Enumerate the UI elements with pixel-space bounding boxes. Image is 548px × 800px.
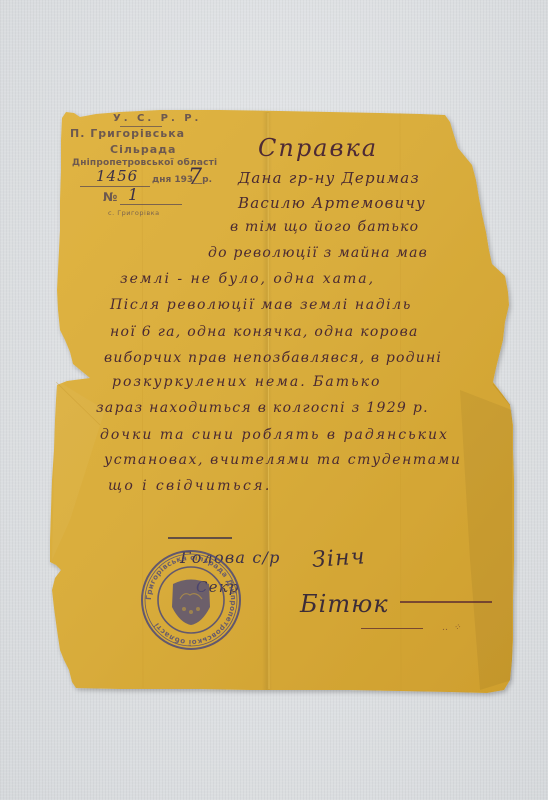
signature-underline — [361, 628, 423, 629]
signature-block: Голова с/р Зінч Секр Бітюк ‥ ⁘ — [0, 0, 548, 800]
coat-of-arms-icon — [172, 580, 210, 626]
chair-signature: Зінч — [311, 544, 366, 573]
signature-line-right — [400, 601, 492, 603]
round-seal: Григорівська сільрада Дніпропетровської … — [140, 549, 242, 651]
ink-smudge: ‥ ⁘ — [442, 623, 462, 633]
chair-underline — [168, 537, 232, 539]
photo-scene: У. С. Р. Р. П. Григорівська Сільрада Дні… — [0, 0, 548, 800]
secretary-signature: Бітюк — [300, 590, 389, 618]
